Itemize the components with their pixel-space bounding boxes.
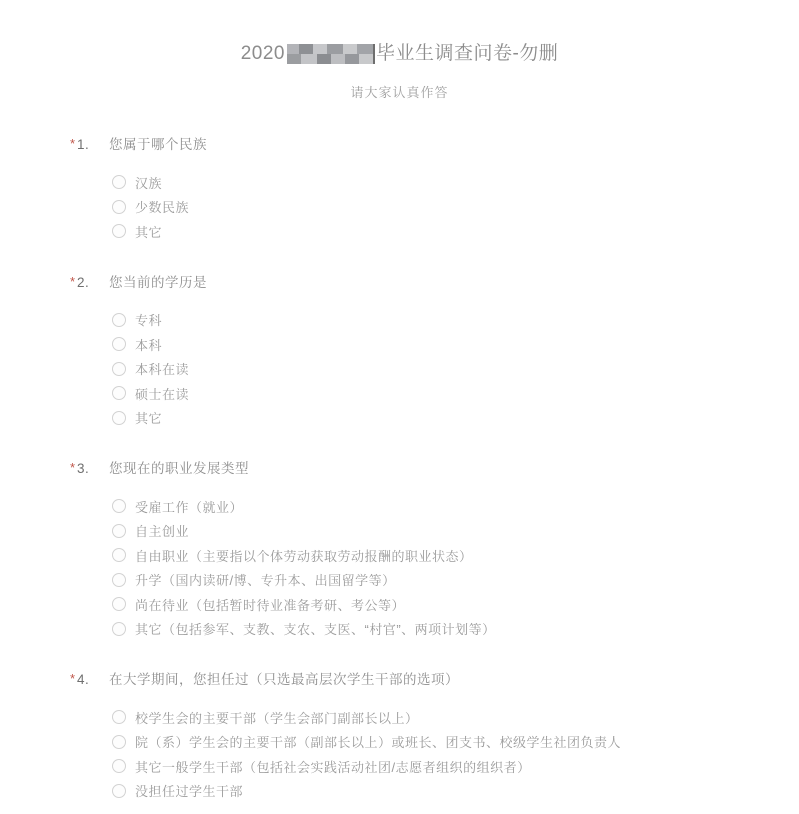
radio-button-icon[interactable] (112, 386, 126, 400)
option-label: 院（系）学生会的主要干部（副部长以上）或班长、团支书、校级学生社团负责人 (135, 732, 621, 751)
option-label: 自由职业（主要指以个体劳动获取劳动报酬的职业状态） (135, 546, 473, 565)
question-2: * 2. 您当前的学历是 专科 本科 本科在读 (0, 274, 799, 431)
question-number: 4. (77, 671, 109, 689)
radio-button-icon[interactable] (112, 362, 126, 376)
radio-button-icon[interactable] (112, 313, 126, 327)
question-3: * 3. 您现在的职业发展类型 受雇工作（就业） 自主创业 自由职业（主要指以个… (0, 460, 799, 641)
radio-button-icon[interactable] (112, 499, 126, 513)
question-1: * 1. 您属于哪个民族 汉族 少数民族 其它 (0, 136, 799, 244)
option-label: 专科 (135, 310, 162, 329)
form-title: 2020 毕业生调查问卷-勿删 (0, 0, 799, 66)
option-label: 其它一般学生干部（包括社会实践活动社团/志愿者组织的组织者） (135, 757, 531, 776)
radio-option[interactable]: 没担任过学生干部 (112, 779, 799, 804)
radio-button-icon[interactable] (112, 524, 126, 538)
option-label: 受雇工作（就业） (135, 497, 243, 516)
radio-option[interactable]: 本科 (112, 332, 799, 357)
radio-option[interactable]: 院（系）学生会的主要干部（副部长以上）或班长、团支书、校级学生社团负责人 (112, 730, 799, 755)
option-label: 没担任过学生干部 (135, 781, 243, 800)
radio-option[interactable]: 硕士在读 (112, 381, 799, 406)
option-label: 少数民族 (135, 197, 189, 216)
radio-button-icon[interactable] (112, 548, 126, 562)
option-label: 汉族 (135, 173, 162, 192)
radio-button-icon[interactable] (112, 411, 126, 425)
redacted-blur-block (287, 44, 375, 64)
radio-option[interactable]: 升学（国内读研/博、专升本、出国留学等） (112, 568, 799, 593)
title-main-text: 毕业生调查问卷-勿删 (376, 42, 558, 66)
radio-option[interactable]: 少数民族 (112, 195, 799, 220)
radio-button-icon[interactable] (112, 573, 126, 587)
question-number: 3. (77, 460, 109, 478)
radio-option[interactable]: 校学生会的主要干部（学生会部门副部长以上） (112, 705, 799, 730)
required-asterisk: * (70, 274, 77, 290)
radio-button-icon[interactable] (112, 710, 126, 724)
question-header: * 4. 在大学期间，您担任过（只选最高层次学生干部的选项） (70, 671, 799, 689)
option-label: 本科 (135, 335, 162, 354)
question-list: * 1. 您属于哪个民族 汉族 少数民族 其它 (0, 136, 799, 803)
radio-option[interactable]: 其它 (112, 219, 799, 244)
question-header: * 2. 您当前的学历是 (70, 274, 799, 292)
radio-option[interactable]: 其它 (112, 406, 799, 431)
radio-button-icon[interactable] (112, 224, 126, 238)
radio-button-icon[interactable] (112, 759, 126, 773)
option-label: 本科在读 (135, 359, 189, 378)
radio-option[interactable]: 本科在读 (112, 357, 799, 382)
radio-button-icon[interactable] (112, 337, 126, 351)
radio-button-icon[interactable] (112, 200, 126, 214)
radio-option[interactable]: 专科 (112, 308, 799, 333)
radio-option[interactable]: 其它一般学生干部（包括社会实践活动社团/志愿者组织的组织者） (112, 754, 799, 779)
option-label: 其它 (135, 222, 162, 241)
radio-button-icon[interactable] (112, 784, 126, 798)
question-number: 2. (77, 274, 109, 292)
required-asterisk: * (70, 460, 77, 476)
option-label: 硕士在读 (135, 384, 189, 403)
radio-option[interactable]: 其它（包括参军、支教、支农、支医、“村官”、两项计划等） (112, 617, 799, 642)
radio-option[interactable]: 汉族 (112, 170, 799, 195)
option-label: 其它（包括参军、支教、支农、支医、“村官”、两项计划等） (135, 619, 496, 638)
title-year-text: 2020 (241, 42, 285, 66)
question-4: * 4. 在大学期间，您担任过（只选最高层次学生干部的选项） 校学生会的主要干部… (0, 671, 799, 803)
option-group: 受雇工作（就业） 自主创业 自由职业（主要指以个体劳动获取劳动报酬的职业状态） … (70, 494, 799, 641)
question-header: * 1. 您属于哪个民族 (70, 136, 799, 154)
radio-button-icon[interactable] (112, 735, 126, 749)
question-header: * 3. 您现在的职业发展类型 (70, 460, 799, 478)
radio-button-icon[interactable] (112, 175, 126, 189)
option-group: 专科 本科 本科在读 硕士在读 其它 (70, 308, 799, 431)
radio-option[interactable]: 自主创业 (112, 519, 799, 544)
option-label: 自主创业 (135, 521, 189, 540)
radio-option[interactable]: 自由职业（主要指以个体劳动获取劳动报酬的职业状态） (112, 543, 799, 568)
option-group: 校学生会的主要干部（学生会部门副部长以上） 院（系）学生会的主要干部（副部长以上… (70, 705, 799, 803)
option-label: 其它 (135, 408, 162, 427)
option-label: 尚在待业（包括暂时待业准备考研、考公等） (135, 595, 405, 614)
radio-button-icon[interactable] (112, 622, 126, 636)
radio-option[interactable]: 受雇工作（就业） (112, 494, 799, 519)
question-text: 您当前的学历是 (109, 274, 207, 292)
form-subtitle: 请大家认真作答 (0, 82, 799, 101)
option-label: 校学生会的主要干部（学生会部门副部长以上） (135, 708, 419, 727)
question-number: 1. (77, 136, 109, 154)
question-text: 在大学期间，您担任过（只选最高层次学生干部的选项） (109, 671, 459, 689)
option-group: 汉族 少数民族 其它 (70, 170, 799, 244)
option-label: 升学（国内读研/博、专升本、出国留学等） (135, 570, 396, 589)
survey-page: 2020 毕业生调查问卷-勿删 请大家认真作答 * 1. 您属于哪个民族 汉族 … (0, 0, 799, 814)
required-asterisk: * (70, 671, 77, 687)
required-asterisk: * (70, 136, 77, 152)
question-text: 您现在的职业发展类型 (109, 460, 249, 478)
question-text: 您属于哪个民族 (109, 136, 207, 154)
radio-option[interactable]: 尚在待业（包括暂时待业准备考研、考公等） (112, 592, 799, 617)
radio-button-icon[interactable] (112, 597, 126, 611)
